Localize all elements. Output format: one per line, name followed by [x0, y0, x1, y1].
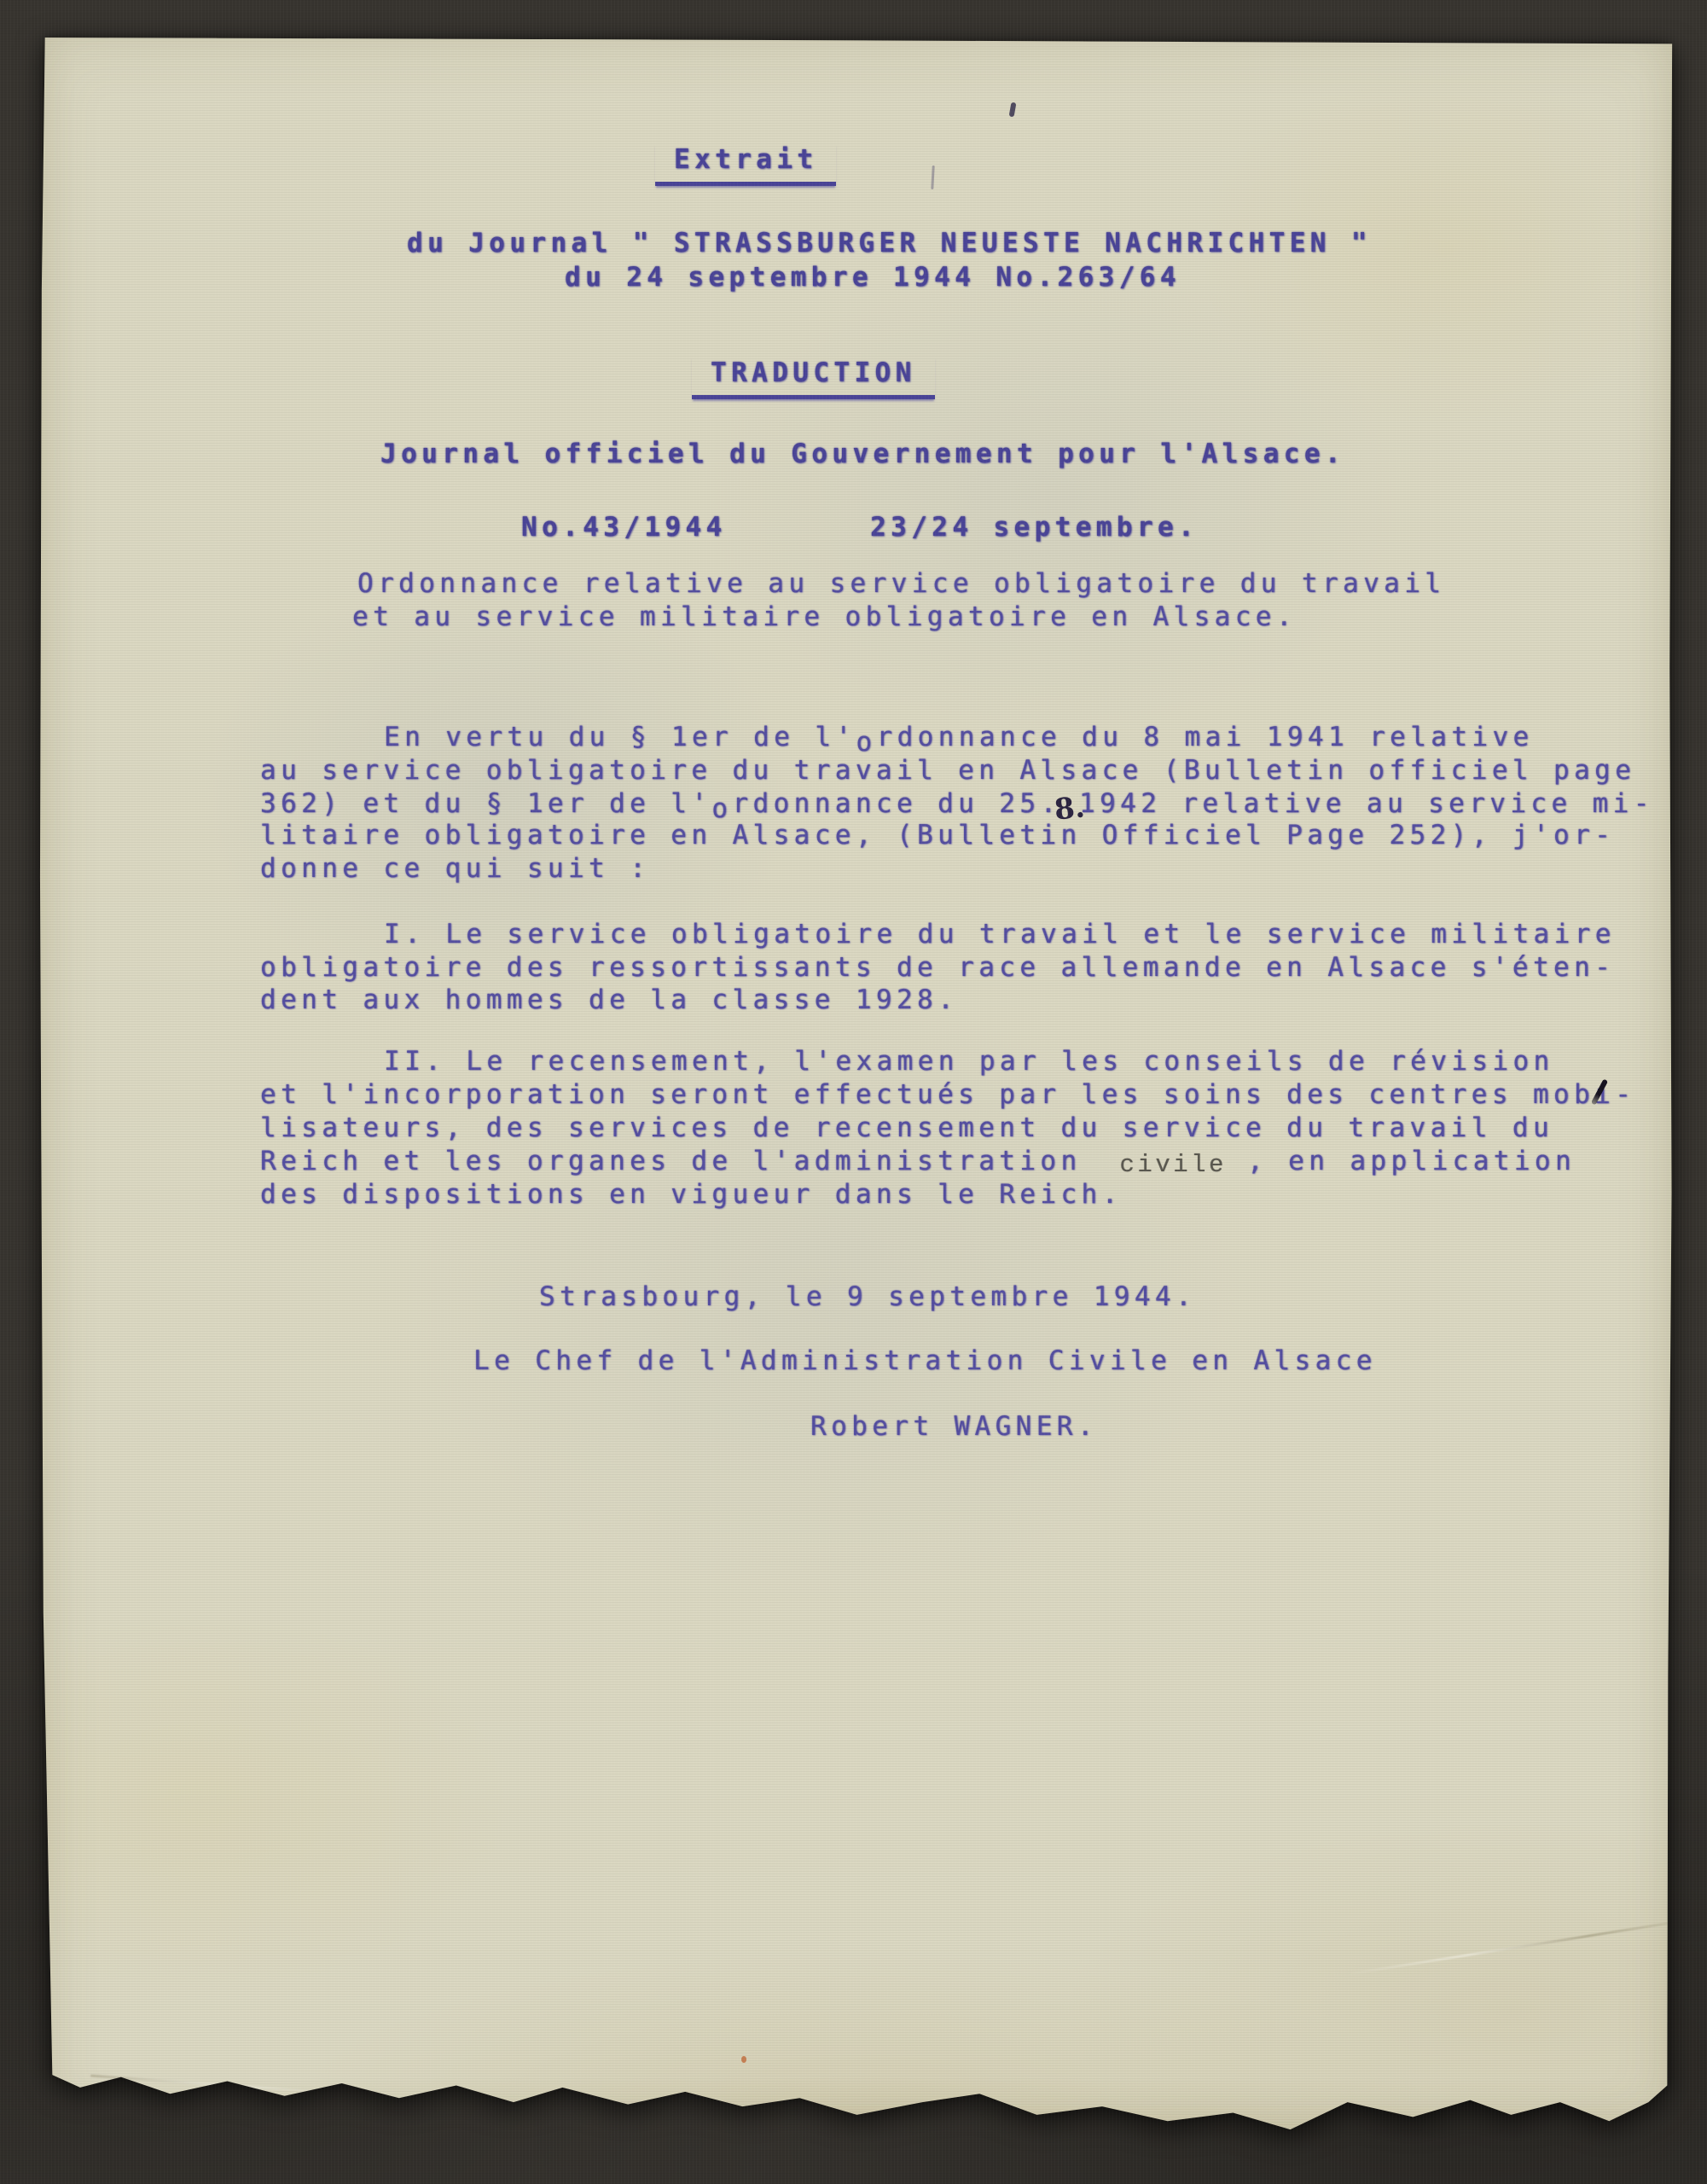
- title-line: Extrait: [655, 143, 836, 186]
- typed-segment: 1942 relative au service mi-: [1079, 788, 1654, 819]
- stray-ink-mark: [1009, 102, 1017, 118]
- typed-segment: rdonnance du 8 mai 1941 relative: [877, 722, 1534, 752]
- paper-crease: [1346, 1915, 1707, 1975]
- faint-stray-stroke: [931, 166, 934, 189]
- insert-segment: civile: [1102, 1149, 1227, 1182]
- source-line-2: du 24 septembre 1944 No.263/64: [565, 261, 1181, 293]
- source-line-1: du Journal " STRASSBURGER NEUESTE NACHRI…: [407, 227, 1372, 259]
- typed-segment: En vertu du § 1er de l': [384, 722, 856, 752]
- para-intro-line-2: au service obligatoire du travail en Als…: [260, 754, 1635, 787]
- paper-shadow-wrap: Extraitdu Journal " STRASSBURGER NEUESTE…: [0, 0, 1707, 2184]
- para-one-line-3: dent aux hommes de la classe 1928.: [260, 984, 958, 1016]
- para-intro-line-1: En vertu du § 1er de l'ordonnance du 8 m…: [384, 721, 1534, 753]
- para-one-line-1: I. Le service obligatoire du travail et …: [384, 918, 1616, 950]
- para-intro-line-4: litaire obligatoire en Alsace, (Bulletin…: [260, 819, 1615, 851]
- para-two-line-3: lisateurs, des services de recensement d…: [260, 1112, 1553, 1144]
- para-one-line-2: obligatoire des ressortissants de race a…: [260, 951, 1615, 984]
- para-two-line-5: des dispositions en vigueur dans le Reic…: [260, 1178, 1123, 1211]
- para-intro-line-3: 362) et du § 1er de l'ordonnance du 25.8…: [260, 787, 1654, 820]
- scan-background: { "palette": { "mat_background": "#37342…: [0, 0, 1707, 2184]
- typed-segment: 362) et du § 1er de l': [260, 788, 711, 819]
- typed-segment: Reich et les organes de l'administration: [260, 1146, 1102, 1176]
- closing-signatory: Robert WAGNER.: [810, 1410, 1098, 1443]
- closing-place-date: Strasbourg, le 9 septembre 1944.: [539, 1281, 1196, 1313]
- typed-segment: , en application: [1227, 1146, 1576, 1176]
- document-page: Extraitdu Journal " STRASSBURGER NEUESTE…: [39, 38, 1675, 2138]
- paper-fleck: [741, 2056, 746, 2063]
- para-two-line-1: II. Le recensement, l'examen par les con…: [384, 1045, 1554, 1077]
- paper-crease: [90, 2075, 345, 2095]
- traduction-heading: TRADUCTION: [692, 357, 935, 399]
- closing-title: Le Chef de l'Administration Civile en Al…: [473, 1345, 1377, 1377]
- para-intro-line-5: donne ce qui suit :: [260, 852, 650, 885]
- journal-line: Journal officiel du Gouvernement pour l'…: [380, 438, 1345, 470]
- para-two-line-4: Reich et les organes de l'administration…: [260, 1145, 1576, 1180]
- subject-line-2: et au service militaire obligatoire en A…: [352, 601, 1297, 633]
- subject-line-1: Ordonnance relative au service obligatoi…: [357, 567, 1445, 600]
- typed-segment: rdonnance du 25.: [732, 788, 1060, 819]
- issue-line: No.43/1944 23/24 septembre.: [521, 511, 1199, 543]
- para-two-line-2: et l'incorporation seront effectués par …: [260, 1078, 1635, 1111]
